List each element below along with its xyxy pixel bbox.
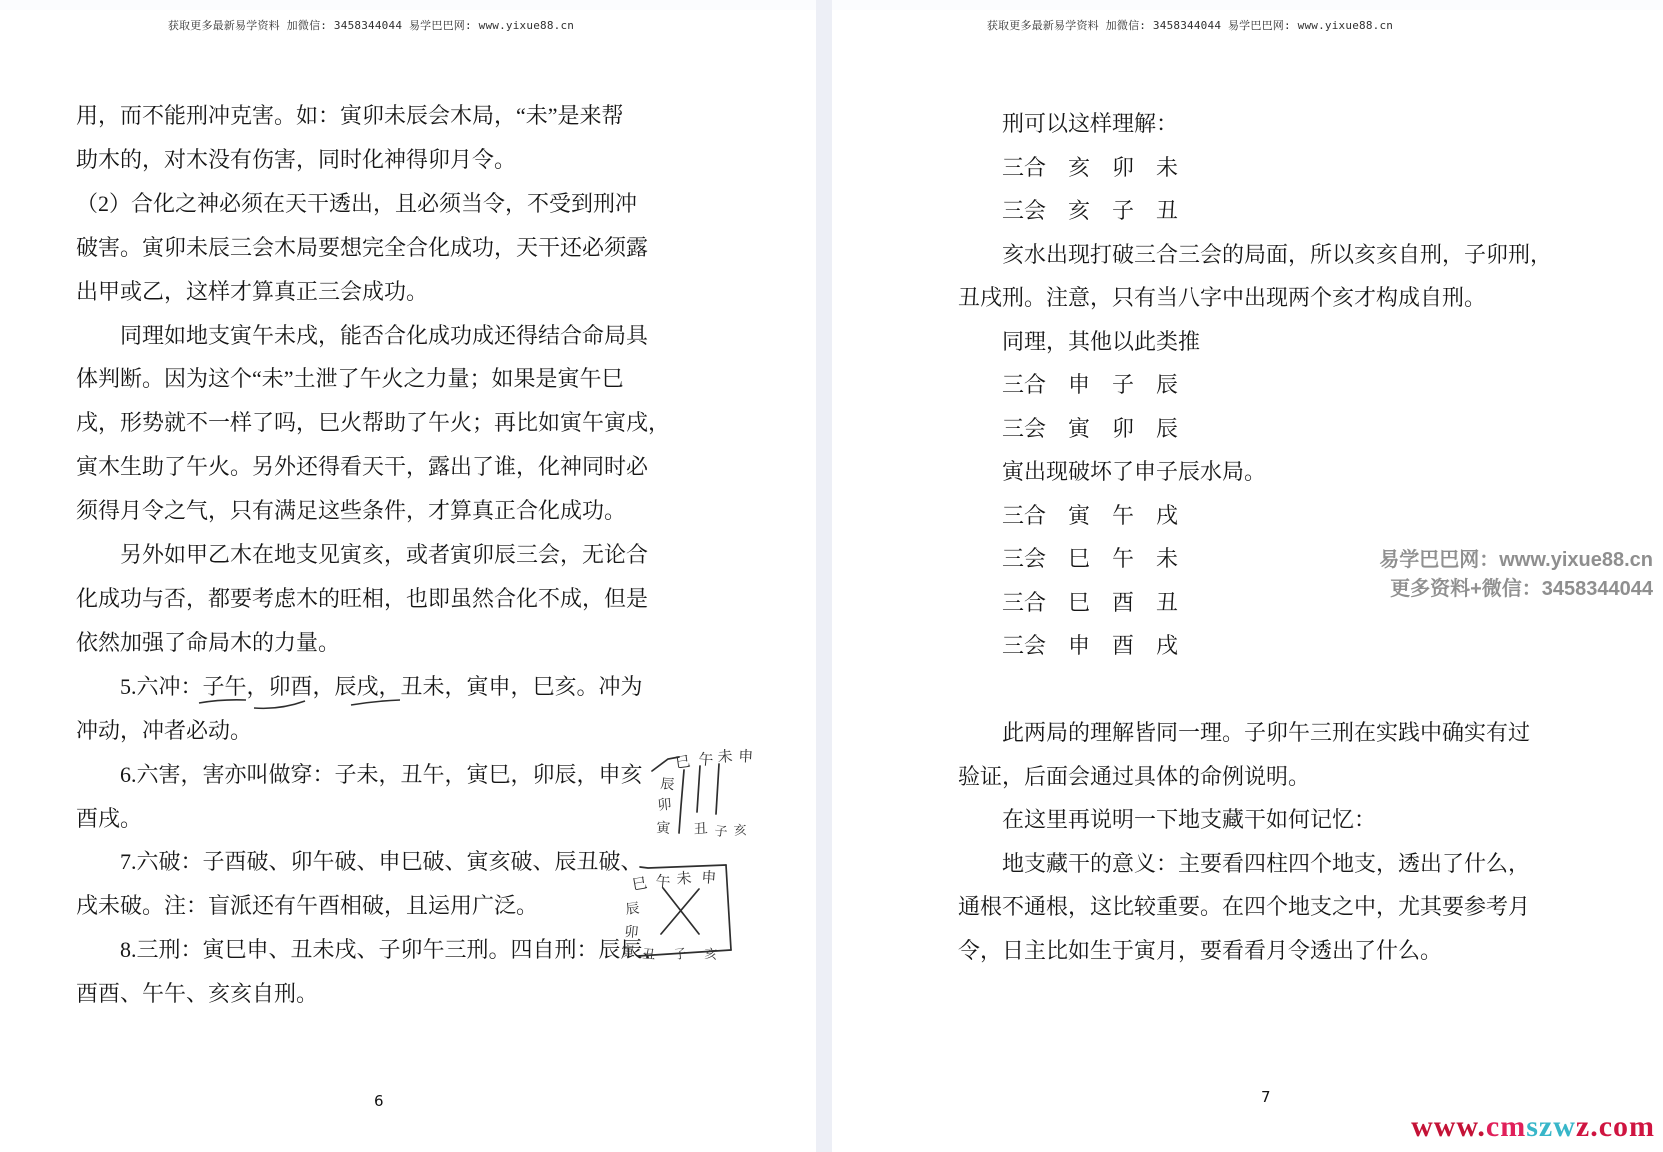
text-line: 出甲或乙，这样才算真正三会成功。 xyxy=(76,270,670,314)
handwritten-branch-label: 申 xyxy=(738,748,754,766)
page-header-watermark-right: 获取更多最新易学资料 加微信: 3458344044 易学巴巴网: www.yi… xyxy=(987,17,1393,33)
handwritten-branch-label: 午 xyxy=(698,751,714,769)
text-line: 6.六害，害亦叫做穿：子未，丑午，寅巳，卯辰，申亥 xyxy=(76,753,670,797)
text-line: 令，日主比如生于寅月，要看看月令透出了什么。 xyxy=(958,929,1552,973)
text-line: 体判断。因为这个“未”土泄了午火之力量；如果是寅午巳 xyxy=(76,357,670,401)
footer-url-segment: www. xyxy=(1411,1110,1486,1143)
footer-url-segment: z.com xyxy=(1576,1110,1655,1143)
handwritten-branch-label: 申 xyxy=(701,869,717,887)
footer-url-segment: szw xyxy=(1526,1110,1576,1143)
text-line: 寅木生助了午火。另外还得看天干，露出了谁，化神同时必 xyxy=(76,445,670,489)
page-number-left: 6 xyxy=(374,1092,384,1110)
site-watermark-line2: 更多资料+微信：3458344044 xyxy=(1379,575,1653,604)
site-watermark-line1: 易学巴巴网：www.yixue88.cn xyxy=(1379,546,1653,575)
text-line: 亥水出现打破三合三会的局面，所以亥亥自刑，子卯刑， xyxy=(958,233,1552,277)
handwritten-branch-label: 亥 xyxy=(704,946,718,962)
text-line: 另外如甲乙木在地支见寅亥，或者寅卯辰三会，无论合 xyxy=(76,533,670,577)
text-line: 同理，其他以此类推 xyxy=(958,320,1552,364)
handwritten-branch-label: 未 xyxy=(676,870,692,888)
text-line: 须得月令之气，只有满足这些条件，才算真正合化成功。 xyxy=(76,489,670,533)
text-line: 戌，形势就不一样了吗，巳火帮助了午火；再比如寅午寅戌， xyxy=(76,401,670,445)
text-line: 三会 亥 子 丑 xyxy=(958,189,1552,233)
handwritten-stroke xyxy=(679,770,684,833)
text-line: 三会 寅 卯 辰 xyxy=(958,407,1552,451)
text-line xyxy=(958,668,1552,712)
handwritten-stroke xyxy=(726,865,731,950)
text-line: 地支藏干的意义：主要看四柱四个地支，透出了什么， xyxy=(958,842,1552,886)
text-line: 丑戌刑。注意，只有当八字中出现两个亥才构成自刑。 xyxy=(958,276,1552,320)
text-line: 寅出现破坏了申子辰水局。 xyxy=(958,450,1552,494)
text-line: 用，而不能刑冲克害。如：寅卯未辰会木局，“未”是来帮 xyxy=(76,94,670,138)
text-line: 验证，后面会通过具体的命例说明。 xyxy=(958,755,1552,799)
handwritten-branch-label: 子 xyxy=(673,946,688,962)
text-line: 助木的，对木没有伤害，同时化神得卯月令。 xyxy=(76,138,670,182)
handwritten-branch-label: 丑 xyxy=(693,821,708,838)
page-gap xyxy=(816,0,832,1152)
text-line: 化成功与否，都要考虑木的旺相，也即虽然合化不成，但是 xyxy=(76,577,670,621)
text-line: 同理如地支寅午未戌，能否合化成功成还得结合命局具 xyxy=(76,314,670,358)
text-line: 破害。寅卯未辰三会木局要想完全合化成功，天干还必须露 xyxy=(76,226,670,270)
body-text-left: 用，而不能刑冲克害。如：寅卯未辰会木局，“未”是来帮助木的，对木没有伤害，同时化… xyxy=(76,94,670,1016)
text-line: 三合 寅 午 戌 xyxy=(958,494,1552,538)
page-header-watermark-left: 获取更多最新易学资料 加微信: 3458344044 易学巴巴网: www.yi… xyxy=(168,17,574,33)
text-line: 7.六破：子酉破、卯午破、申巳破、寅亥破、辰丑破、 xyxy=(76,840,670,884)
text-line: 在这里再说明一下地支藏干如何记忆： xyxy=(958,798,1552,842)
handwritten-branch-label: 未 xyxy=(717,748,733,766)
text-line: 依然加强了命局木的力量。 xyxy=(76,621,670,665)
text-line: 通根不通根，这比较重要。在四个地支之中，尤其要参考月 xyxy=(958,885,1552,929)
text-line: 三合 申 子 辰 xyxy=(958,363,1552,407)
footer-url-segment: cm xyxy=(1486,1110,1526,1143)
text-line: （2）合化之神必须在天干透出，且必须当令，不受到刑冲 xyxy=(76,182,670,226)
text-line: 5.六冲：子午，卯酉，辰戌，丑未，寅申，巳亥。冲为 xyxy=(76,665,670,709)
page-number-right: 7 xyxy=(1261,1088,1271,1106)
handwritten-stroke xyxy=(716,764,719,814)
footer-site-url: www.cmszwz.com xyxy=(1411,1110,1655,1144)
text-line: 刑可以这样理解： xyxy=(958,102,1552,146)
text-line: 冲动，冲者必动。 xyxy=(76,709,670,753)
text-line: 8.三刑：寅巳申、丑未戌、子卯午三刑。四自刑：辰辰、 xyxy=(76,928,670,972)
text-line: 戌未破。注：盲派还有午酉相破，且运用广泛。 xyxy=(76,884,670,928)
handwritten-branch-label: 亥 xyxy=(733,822,747,838)
text-line: 三合 亥 卯 未 xyxy=(958,146,1552,190)
text-line: 酉酉、午午、亥亥自刑。 xyxy=(76,972,670,1016)
pdf-viewer: 获取更多最新易学资料 加微信: 3458344044 易学巴巴网: www.yi… xyxy=(0,0,1663,1152)
text-line: 酉戌。 xyxy=(76,797,670,841)
handwritten-branch-label: 巳 xyxy=(674,753,691,772)
handwritten-branch-label: 子 xyxy=(714,823,729,839)
text-line: 三会 申 酉 戌 xyxy=(958,624,1552,668)
body-text-right: 刑可以这样理解： 三合 亥 卯 未 三会 亥 子 丑 亥水出现打破三合三会的局面… xyxy=(958,102,1552,972)
handwritten-stroke xyxy=(697,766,700,812)
text-line: 此两局的理解皆同一理。子卯午三刑在实践中确实有过 xyxy=(958,711,1552,755)
site-watermark: 易学巴巴网：www.yixue88.cn 更多资料+微信：3458344044 xyxy=(1379,546,1653,603)
